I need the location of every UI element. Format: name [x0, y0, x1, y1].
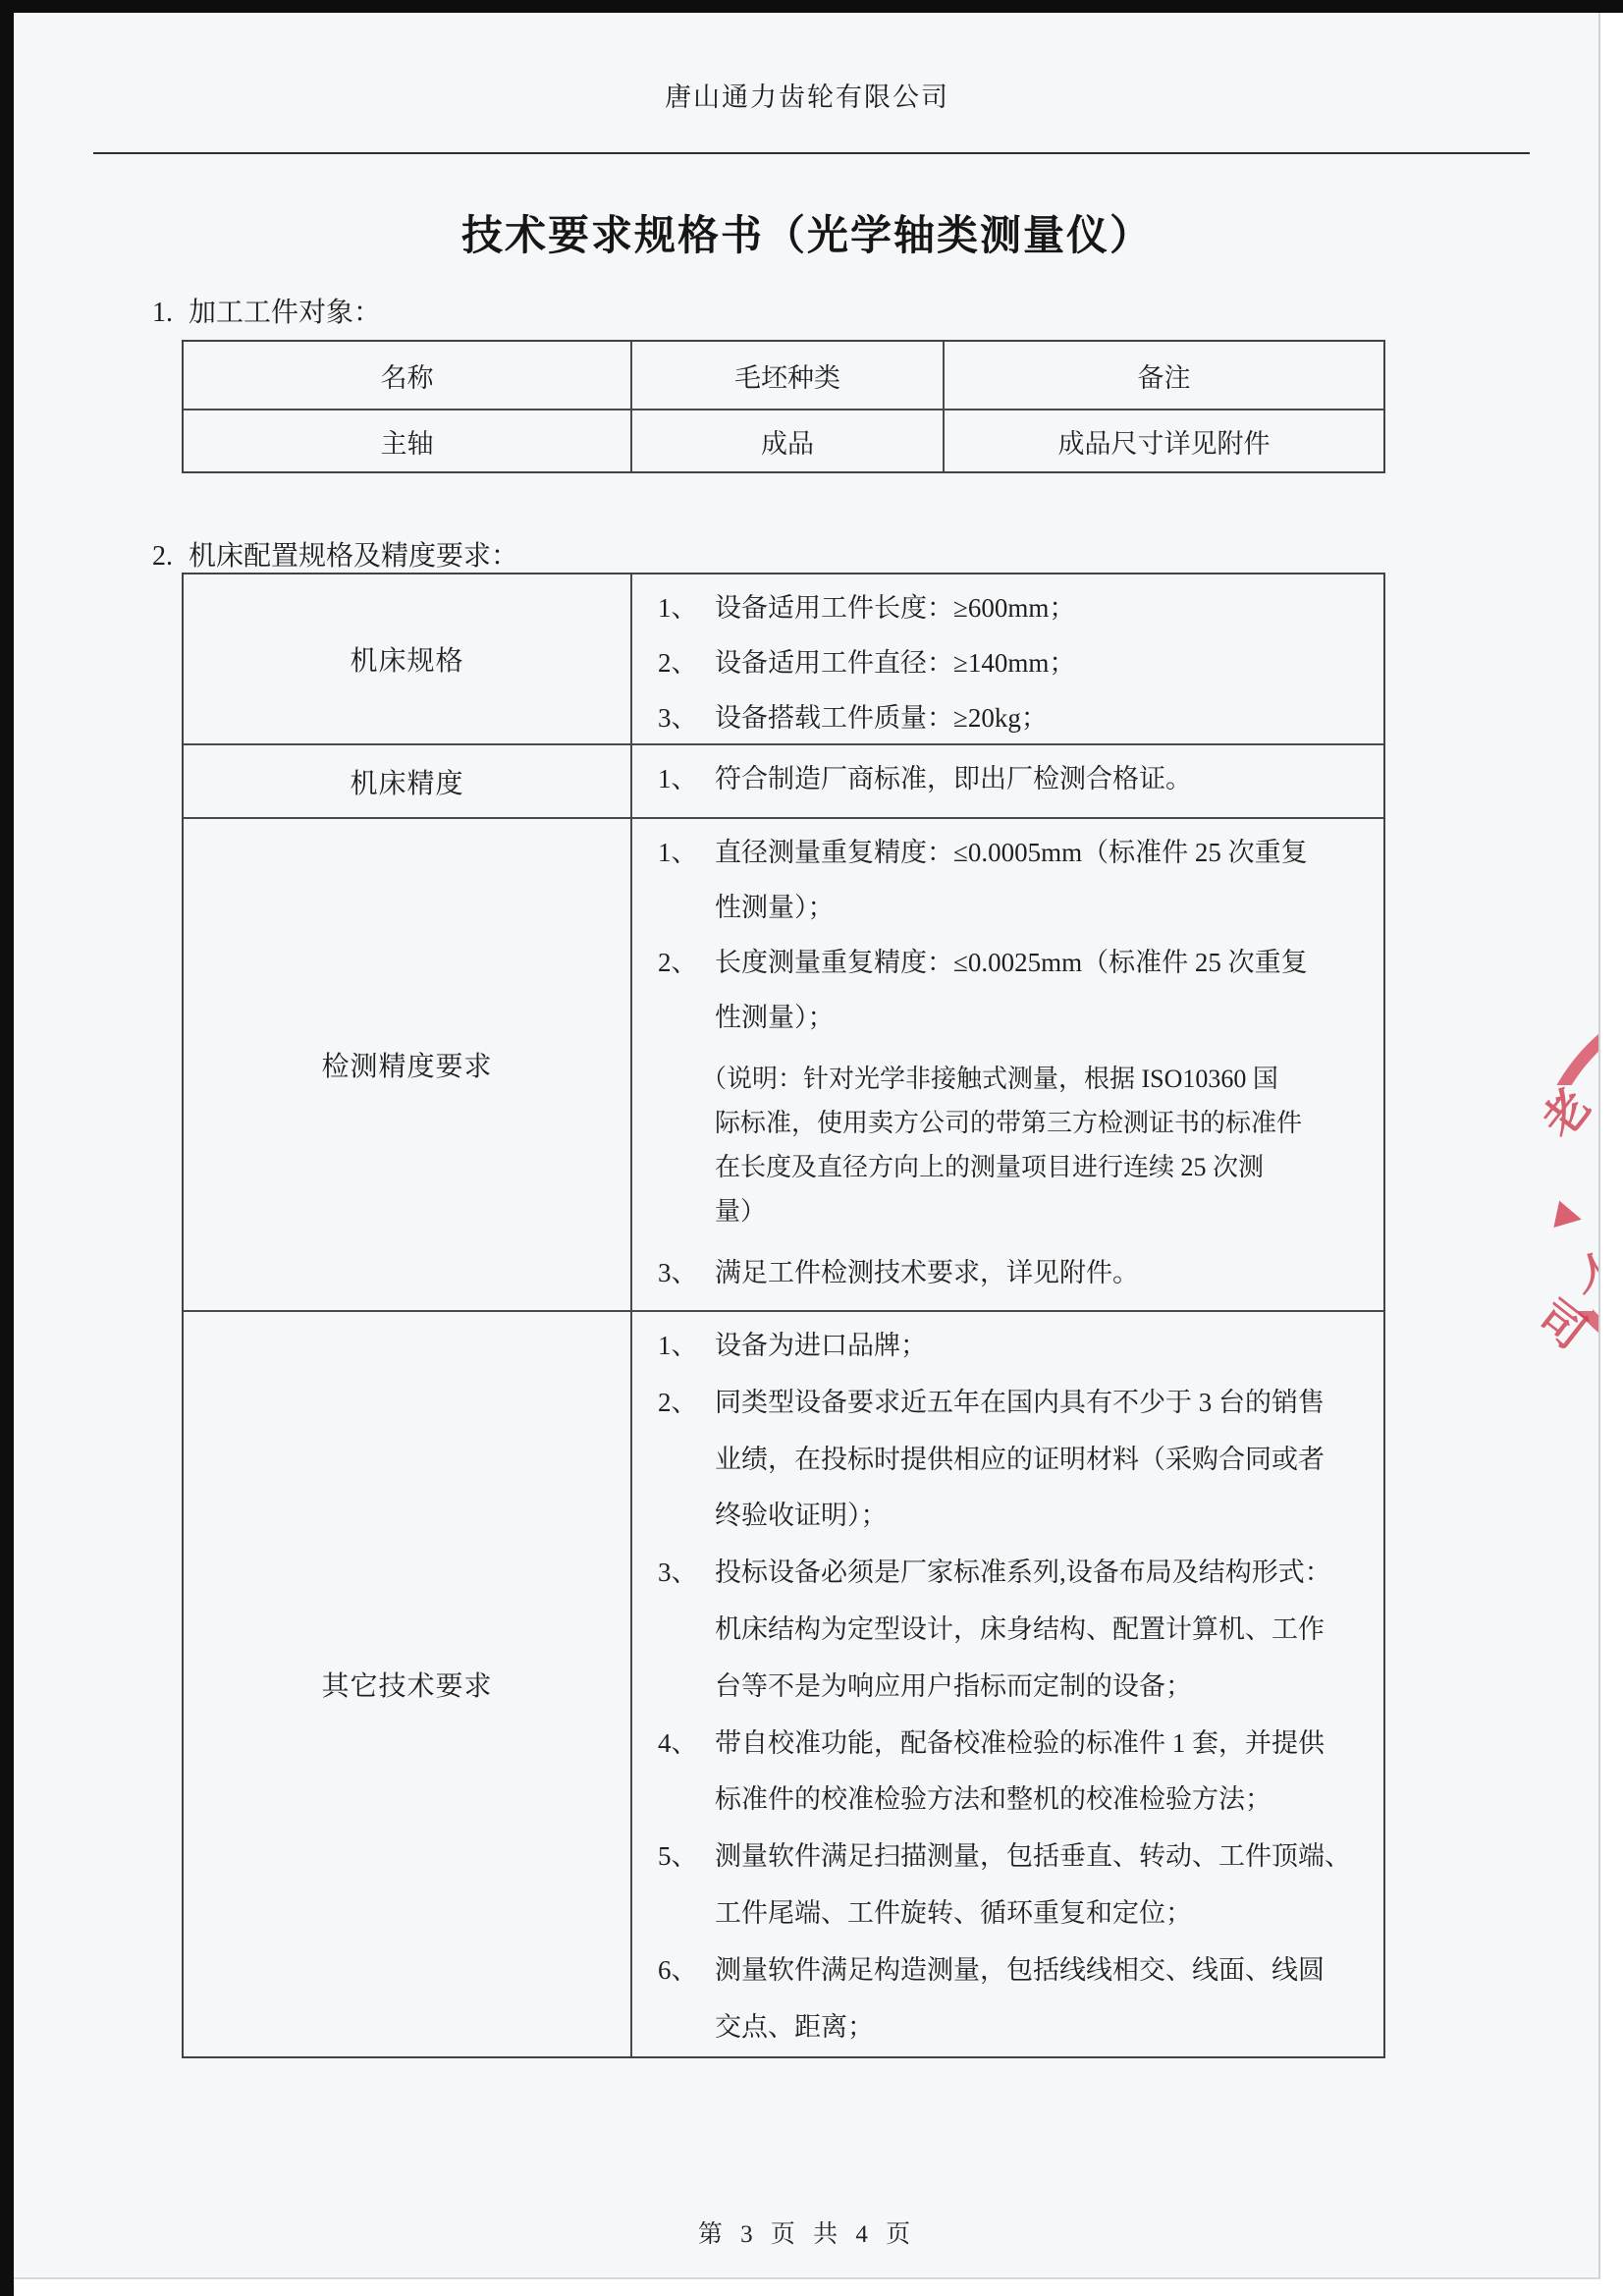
section-1-heading: 1.加工工件对象：	[152, 291, 381, 330]
section-2-number: 2.	[152, 541, 173, 573]
item-line: 直径测量重复精度：≤0.0005mm（标准件 25 次重复	[715, 825, 1366, 880]
list-item: 2、 长度测量重复精度：≤0.0025mm（标准件 25 次重复 性测量）；	[658, 935, 1366, 1045]
note-line: 在长度及直径方向上的测量项目进行连续 25 次测	[715, 1145, 1366, 1189]
item-number: 3、	[658, 1245, 715, 1300]
list-item: 6、 测量软件满足构造测量，包括线线相交、线面、线圆 交点、距离；	[658, 1942, 1366, 2056]
table1-cell-name: 主轴	[184, 409, 630, 471]
item-line: 性测量）；	[715, 990, 1366, 1045]
list-item: 3、 设备搭载工件质量：≥20kg；	[658, 690, 1366, 743]
page-number: 第 3 页 共 4 页	[110, 2214, 1504, 2250]
spec-row-label-machine-spec: 机床规格	[184, 574, 630, 743]
item-line: 工件尾端、工件旋转、循环重复和定位；	[715, 1886, 1366, 1942]
item-line: 终验收证明）；	[715, 1488, 1366, 1545]
item-line: 带自校准功能，配备校准检验的标准件 1 套，并提供	[715, 1716, 1366, 1773]
spec-row-content-machine-accuracy: 1、 符合制造厂商标准，即出厂检测合格证。	[630, 743, 1383, 817]
section-2-title: 机床配置规格及精度要求：	[189, 541, 518, 572]
list-item: 2、 同类型设备要求近五年在国内具有不少于 3 台的销售 业绩，在投标时提供相应…	[658, 1375, 1366, 1545]
item-number: 4、	[658, 1716, 715, 1830]
item-line: 标准件的校准检验方法和整机的校准检验方法；	[715, 1772, 1366, 1829]
table1-header-name: 名称	[184, 342, 630, 409]
header-rule	[93, 152, 1530, 154]
document-title: 技术要求规格书（光学轴类测量仪）	[110, 203, 1504, 262]
paper-sheet: 唐山通力齿轮有限公司 技术要求规格书（光学轴类测量仪） 1.加工工件对象： 名称…	[14, 13, 1600, 2279]
item-line: 测量软件满足扫描测量，包括垂直、转动、工件顶端、	[715, 1829, 1366, 1886]
table1-cell-blank-type: 成品	[630, 409, 943, 471]
item-number: 6、	[658, 1942, 715, 2056]
item-line: 长度测量重复精度：≤0.0025mm（标准件 25 次重复	[715, 935, 1366, 990]
item-line: 设备为进口品牌；	[715, 1318, 1366, 1375]
table1-header-remark: 备注	[943, 342, 1383, 409]
item-line: 测量软件满足构造测量，包括线线相交、线面、线圆	[715, 1942, 1366, 1999]
note-line: 际标准，使用卖方公司的带第三方检测证书的标准件	[715, 1101, 1366, 1145]
section-1-number: 1.	[152, 298, 173, 329]
company-name: 唐山通力齿轮有限公司	[110, 76, 1504, 114]
list-item: 3、 满足工件检测技术要求，详见附件。	[658, 1245, 1366, 1300]
list-item: 5、 测量软件满足扫描测量，包括垂直、转动、工件顶端、 工件尾端、工件旋转、循环…	[658, 1829, 1366, 1942]
spec-row-content-other-requirements: 1、 设备为进口品牌； 2、 同类型设备要求近五年在国内具有不少于 3 台的销售…	[630, 1310, 1383, 2056]
item-line: 台等不是为响应用户指标而定制的设备；	[715, 1659, 1366, 1716]
note-line: 量）	[715, 1189, 1366, 1233]
item-number: 2、	[658, 935, 715, 1045]
list-item: 2、 设备适用工件直径：≥140mm；	[658, 635, 1366, 690]
list-item: 4、 带自校准功能，配备校准检验的标准件 1 套，并提供 标准件的校准检验方法和…	[658, 1716, 1366, 1830]
spec-row-label-detection-accuracy: 检测精度要求	[184, 817, 630, 1310]
section-1-title: 加工工件对象：	[189, 298, 381, 328]
item-line: 交点、距离；	[715, 1999, 1366, 2056]
item-line: 符合制造厂商标准，即出厂检测合格证。	[715, 751, 1366, 806]
item-line: 设备搭载工件质量：≥20kg；	[715, 690, 1366, 743]
item-number: 2、	[658, 635, 715, 690]
list-item: 1、 设备适用工件长度：≥600mm；	[658, 580, 1366, 635]
item-number: 3、	[658, 690, 715, 743]
item-line: 设备适用工件长度：≥600mm；	[715, 580, 1366, 635]
item-line: 同类型设备要求近五年在国内具有不少于 3 台的销售	[715, 1375, 1366, 1432]
note-line: （说明：针对光学非接触式测量，根据 ISO10360 国	[715, 1057, 1366, 1101]
scan-edge-left	[0, 0, 14, 2296]
spec-row-label-machine-accuracy: 机床精度	[184, 743, 630, 817]
item-number: 1、	[658, 751, 715, 806]
item-number: 5、	[658, 1829, 715, 1942]
spec-row-label-other-requirements: 其它技术要求	[184, 1310, 630, 2056]
scan-edge-top	[0, 0, 1623, 13]
list-item: 1、 直径测量重复精度：≤0.0005mm（标准件 25 次重复 性测量）；	[658, 825, 1366, 935]
list-item: 1、 符合制造厂商标准，即出厂检测合格证。	[658, 751, 1366, 806]
item-line: 业绩，在投标时提供相应的证明材料（采购合同或者	[715, 1432, 1366, 1489]
item-number: 3、	[658, 1545, 715, 1715]
list-item: 1、 设备为进口品牌；	[658, 1318, 1366, 1375]
spec-table: 机床规格 1、 设备适用工件长度：≥600mm； 2、 设备适用工件直径：≥14…	[182, 573, 1385, 2058]
workpiece-table: 名称 毛坯种类 备注 主轴 成品 成品尺寸详见附件	[182, 340, 1385, 473]
table1-header-blank-type: 毛坯种类	[630, 342, 943, 409]
list-item: 3、 投标设备必须是厂家标准系列,设备布局及结构形式： 机床结构为定型设计，床身…	[658, 1545, 1366, 1715]
item-number: 1、	[658, 825, 715, 935]
item-line: 设备适用工件直径：≥140mm；	[715, 635, 1366, 690]
section-2-heading: 2.机床配置规格及精度要求：	[152, 534, 518, 574]
item-line: 投标设备必须是厂家标准系列,设备布局及结构形式：	[715, 1545, 1366, 1602]
item-number: 1、	[658, 1318, 715, 1375]
spec-row-content-machine-spec: 1、 设备适用工件长度：≥600mm； 2、 设备适用工件直径：≥140mm； …	[630, 574, 1383, 743]
item-line: 满足工件检测技术要求，详见附件。	[715, 1245, 1366, 1300]
spec-row-content-detection-accuracy: 1、 直径测量重复精度：≤0.0005mm（标准件 25 次重复 性测量）； 2…	[630, 817, 1383, 1310]
note-paragraph: （说明：针对光学非接触式测量，根据 ISO10360 国 际标准，使用卖方公司的…	[715, 1057, 1366, 1233]
item-number: 1、	[658, 580, 715, 635]
item-number: 2、	[658, 1375, 715, 1545]
table1-cell-remark: 成品尺寸详见附件	[943, 409, 1383, 471]
item-line: 性测量）；	[715, 880, 1366, 935]
item-line: 机床结构为定型设计，床身结构、配置计算机、工作	[715, 1602, 1366, 1659]
document-page: { "page": { "company": "唐山通力齿轮有限公司", "ti…	[0, 0, 1623, 2296]
